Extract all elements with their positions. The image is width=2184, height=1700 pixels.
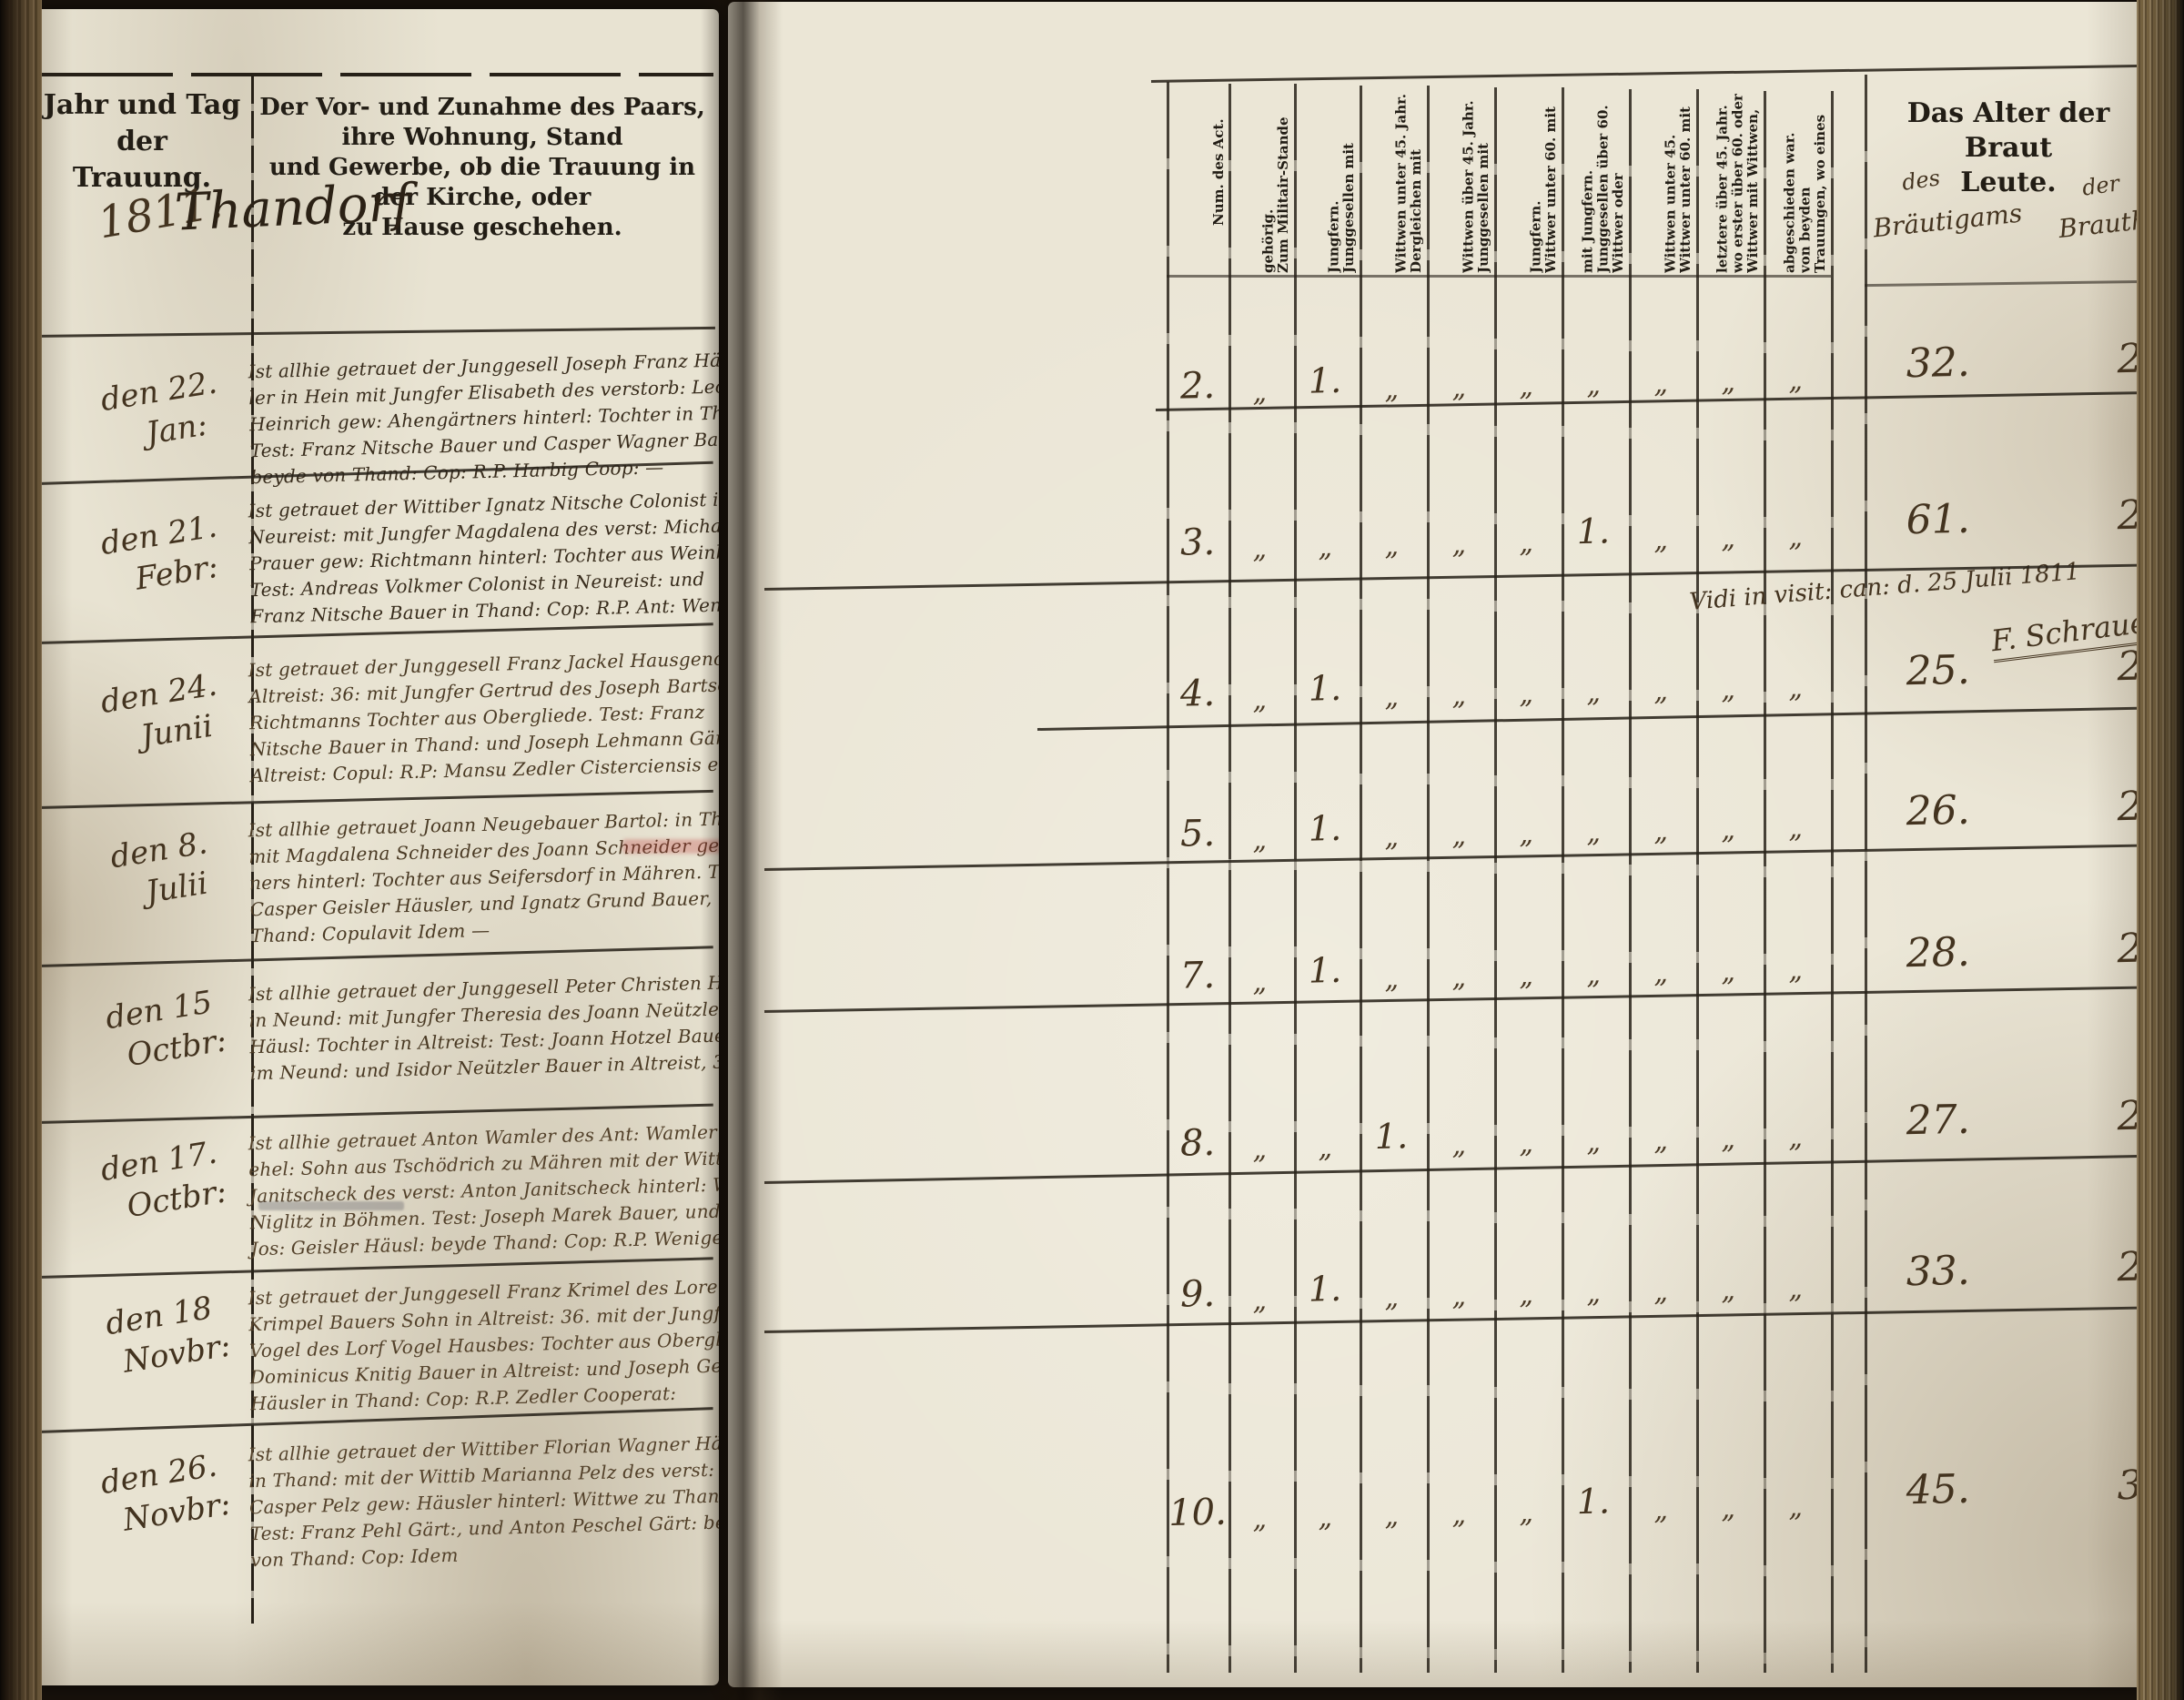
tally-mark: 1.	[1308, 668, 1341, 709]
entry-date: den 26. Novbr:	[66, 1441, 258, 1548]
groom-age-value: 61.	[1906, 496, 1970, 544]
header-line: Der Vor- und Zunahme des Paars, ihre Woh…	[249, 93, 715, 153]
register-entry: Ist allhie getrauet Anton Wamler des Ant…	[248, 1119, 719, 1263]
table-top-rule	[1151, 65, 2150, 83]
ditto-mark: „	[1586, 1127, 1601, 1159]
entry-date: den 21. Febr:	[66, 501, 258, 609]
column-header: Junggesellen mit Jungfern.	[1299, 89, 1357, 273]
act-number: 5.	[1179, 813, 1215, 855]
pencil-smudge	[258, 1201, 404, 1210]
ditto-mark: „	[1451, 962, 1466, 994]
tally-mark: 1.	[1576, 511, 1610, 551]
entry-date: den 15 Octbr:	[66, 976, 258, 1084]
column-header: Wittwer unter 60. mit Jungfern.	[1499, 89, 1559, 273]
ditto-mark: „	[1721, 1493, 1735, 1524]
ditto-mark: „	[1788, 813, 1803, 845]
tally-mark: 1.	[1308, 1269, 1341, 1310]
ditto-mark: „	[1788, 1273, 1803, 1305]
ditto-mark: „	[1451, 680, 1466, 712]
header-line: der	[40, 124, 244, 160]
ditto-mark: „	[1653, 815, 1668, 847]
ditto-mark: „	[1252, 1285, 1267, 1317]
ditto-mark: „	[1451, 529, 1466, 561]
table-vline	[1494, 87, 1497, 1673]
ditto-mark: „	[1721, 366, 1735, 398]
ditto-mark: „	[1653, 1494, 1668, 1526]
column-header: Trauungen, wo eines von beyden abgeschie…	[1768, 89, 1828, 273]
ditto-mark: „	[1318, 1132, 1332, 1164]
ditto-mark: „	[1721, 956, 1735, 987]
table-row: 5. „ 1. „ „ „ „ „ „ „ 26. 23.	[1166, 788, 2159, 868]
register-entry: Ist allhie getrauet der Wittiber Florian…	[248, 1431, 719, 1574]
ditto-mark: „	[1788, 673, 1803, 704]
groom-age-label: Bräutigams	[1872, 197, 2024, 243]
ditto-mark: „	[1519, 527, 1533, 559]
table-row: 10. „ „ „ „ „ 1. „ „ „ 45. 36.	[1166, 1467, 2159, 1547]
groom-age-value: 32.	[1906, 339, 1970, 388]
ditto-mark: „	[1252, 966, 1267, 998]
register-entry: Ist getrauet der Junggesell Franz Jackel…	[248, 646, 719, 790]
tally-mark: 1.	[1374, 1116, 1408, 1157]
ditto-mark: „	[1451, 1280, 1466, 1312]
label-line: der	[2080, 170, 2121, 200]
place-name: Thandorf	[174, 173, 413, 242]
ditto-mark: „	[1451, 1499, 1466, 1531]
table-vline	[1294, 84, 1297, 1673]
ditto-mark: „	[1586, 817, 1601, 849]
table-vline	[1562, 87, 1564, 1673]
ditto-mark: „	[1519, 370, 1533, 402]
ditto-mark: „	[1384, 1500, 1399, 1532]
ditto-mark: „	[1788, 1492, 1803, 1523]
table-vline	[1629, 89, 1632, 1673]
book-fore-edge	[2137, 0, 2184, 1700]
table-vline	[1427, 86, 1430, 1673]
ditto-mark: „	[1318, 1502, 1332, 1533]
entry-date: den 17. Octbr:	[66, 1128, 258, 1235]
ditto-mark: „	[1519, 818, 1533, 850]
ditto-mark: „	[1653, 524, 1668, 556]
column-header: Zum Militair-Stande gehörig.	[1233, 89, 1291, 273]
act-number: 4.	[1179, 673, 1215, 715]
ditto-mark: „	[1519, 1128, 1533, 1159]
ditto-mark: „	[1384, 963, 1399, 995]
right-page: Num. des Act. Zum Militair-Stande gehöri…	[728, 2, 2159, 1687]
table-vline	[1831, 91, 1834, 1673]
table-vline	[1228, 84, 1231, 1673]
act-number: 7.	[1179, 955, 1215, 997]
ditto-mark: „	[1721, 1123, 1735, 1155]
ditto-mark: „	[1451, 820, 1466, 852]
ditto-mark: „	[1384, 530, 1399, 562]
entry-separator	[38, 946, 713, 967]
header-separator	[35, 327, 715, 338]
ditto-mark: „	[1384, 821, 1399, 853]
register-entry: Ist allhie getrauet der Junggesell Peter…	[248, 970, 719, 1088]
act-number: 10.	[1168, 1492, 1228, 1534]
ditto-mark: „	[1318, 531, 1332, 563]
column-header: Junggesellen mit Wittwen über 45. Jahr.	[1431, 89, 1491, 273]
ditto-mark: „	[1788, 365, 1803, 397]
ditto-mark: „	[1451, 1129, 1466, 1161]
entry-separator	[38, 1257, 713, 1279]
ditto-mark: „	[1721, 1274, 1735, 1306]
ditto-mark: „	[1252, 825, 1267, 856]
register-entry: Ist allhie getrauet Joann Neugebauer Bar…	[248, 806, 719, 950]
header-line: Das Alter der Braut	[1869, 96, 2148, 166]
table-vline	[1764, 91, 1766, 1673]
ditto-mark: „	[1252, 533, 1267, 565]
entry-date: den 8. Julii	[66, 816, 258, 924]
label-line: des	[1900, 165, 1941, 196]
tally-mark: 1.	[1576, 1481, 1610, 1522]
table-vline	[1167, 82, 1169, 1673]
age-box-left-line	[1865, 75, 1867, 1673]
ditto-mark: „	[1519, 678, 1533, 710]
ditto-mark: „	[1519, 1279, 1533, 1310]
bride-age-label: der	[2080, 170, 2121, 200]
header-underline	[1167, 275, 1831, 278]
label-line: Brauth	[2058, 205, 2149, 244]
book-spine-edge	[0, 0, 42, 1700]
column-header: Wittwer mit Wittwen, wo erster über 60. …	[1701, 89, 1761, 273]
ditto-mark: „	[1721, 814, 1735, 845]
left-page: Jahr und Tag der Trauung. 1811. Der Vor-…	[31, 9, 719, 1685]
act-number: 2.	[1179, 365, 1215, 408]
groom-age-value: 33.	[1906, 1248, 1970, 1296]
ditto-mark: „	[1788, 955, 1803, 987]
ditto-mark: „	[1653, 675, 1668, 707]
column-header: Dergleichen mit Wittwen unter 45. Jahr.	[1364, 89, 1424, 273]
tally-mark: 1.	[1308, 950, 1341, 991]
groom-age-value: 28.	[1906, 929, 1970, 977]
ditto-mark: „	[1519, 960, 1533, 992]
entry-separator	[38, 790, 713, 809]
ditto-mark: „	[1252, 1134, 1267, 1166]
ditto-mark: „	[1653, 1125, 1668, 1157]
register-entry: Ist getrauet der Junggesell Franz Krimel…	[248, 1274, 719, 1418]
ditto-mark: „	[1721, 522, 1735, 554]
entry-date: den 22. Jan:	[66, 358, 258, 465]
groom-age-value: 45.	[1906, 1466, 1970, 1514]
ditto-mark: „	[1586, 959, 1601, 991]
ditto-mark: „	[1653, 368, 1668, 400]
register-entry: Ist getrauet der Wittiber Ignatz Nitsche…	[248, 487, 719, 631]
groom-age-label: des	[1900, 165, 1941, 196]
ditto-mark: „	[1586, 369, 1601, 401]
bride-age-label: Brauth	[2058, 205, 2149, 244]
entry-date: den 24. Junii	[66, 660, 258, 767]
ditto-mark: „	[1384, 1281, 1399, 1313]
ditto-mark: „	[1451, 372, 1466, 404]
ditto-mark: „	[1384, 681, 1399, 713]
groom-age-value: 25.	[1906, 647, 1970, 695]
ditto-mark: „	[1519, 1497, 1533, 1529]
label-line: Bräutigams	[1872, 197, 2024, 243]
page-gutter	[701, 0, 783, 1700]
open-church-register-book: Jahr und Tag der Trauung. 1811. Der Vor-…	[0, 0, 2184, 1700]
entry-date: den 18 Novbr:	[66, 1282, 258, 1390]
header-line: Jahr und Tag	[40, 87, 244, 124]
age-header-underline	[1865, 280, 2149, 287]
table-vline	[1360, 86, 1362, 1673]
column-header: Num. des Act.	[1172, 89, 1227, 226]
ditto-mark: „	[1252, 1503, 1267, 1535]
ditto-mark: „	[1721, 673, 1735, 705]
ditto-mark: „	[1788, 521, 1803, 553]
table-vline	[1696, 89, 1699, 1673]
groom-age-value: 27.	[1906, 1097, 1970, 1145]
ditto-mark: „	[1788, 1122, 1803, 1154]
ditto-mark: „	[1252, 684, 1267, 716]
act-number: 3.	[1179, 521, 1215, 564]
act-number: 9.	[1179, 1273, 1215, 1316]
ditto-mark: „	[1653, 957, 1668, 989]
ditto-mark: „	[1653, 1276, 1668, 1308]
act-number: 8.	[1179, 1122, 1215, 1165]
top-rule	[36, 73, 713, 76]
ditto-mark: „	[1252, 377, 1267, 409]
column-header: Wittwer oder Junggesellen über 60. mit J…	[1566, 89, 1626, 273]
column-header: Wittwer unter 60. mit Wittwen unter 45.	[1633, 89, 1694, 273]
ditto-mark: „	[1586, 677, 1601, 709]
ditto-mark: „	[1586, 1278, 1601, 1310]
table-row: 7. „ 1. „ „ „ „ „ „ „ 28. 22.	[1166, 930, 2159, 1010]
ditto-mark: „	[1384, 373, 1399, 405]
tally-mark: 1.	[1308, 808, 1341, 849]
groom-age-value: 26.	[1906, 787, 1970, 835]
tally-mark: 1.	[1308, 360, 1341, 401]
